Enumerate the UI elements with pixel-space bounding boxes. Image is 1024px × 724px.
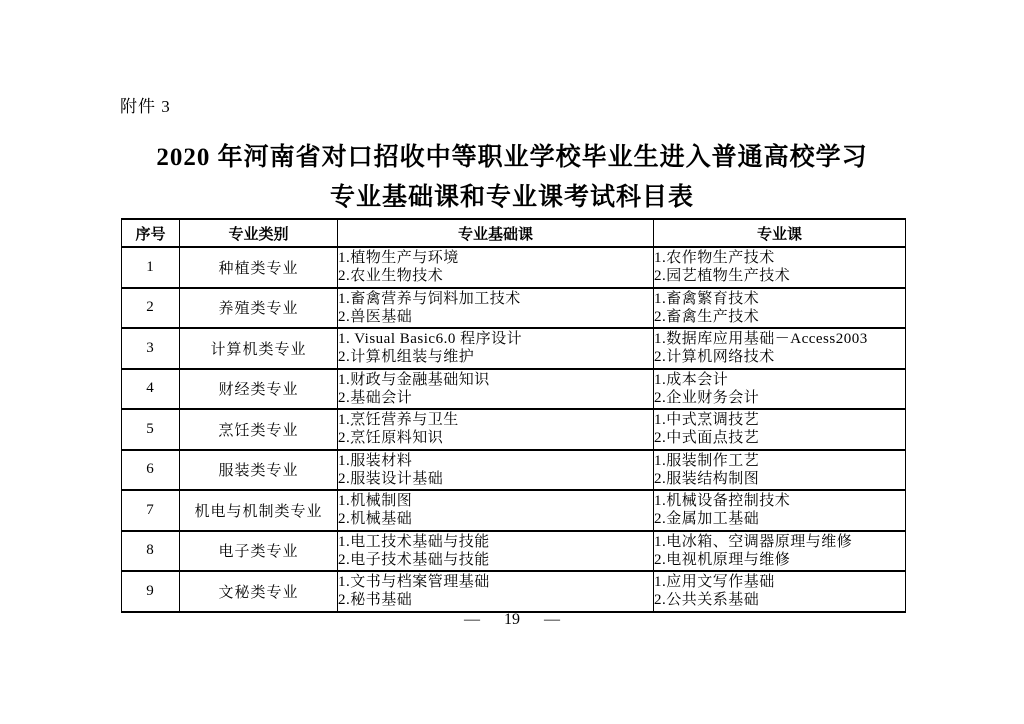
course-line: 2.计算机组装与维护 <box>338 348 653 366</box>
document-title-line1: 2020 年河南省对口招收中等职业学校毕业生进入普通高校学习 <box>0 137 1024 173</box>
header-cell-basic-course: 专业基础课 <box>338 219 654 247</box>
row-number-cell: 9 <box>122 571 180 612</box>
course-line: 2.电子技术基础与技能 <box>338 551 653 569</box>
table-header-row: 序号 专业类别 专业基础课 专业课 <box>122 219 906 247</box>
row-number-cell: 3 <box>122 328 180 369</box>
table-row: 8 电子类专业 1.电工技术基础与技能 2.电子技术基础与技能 1.电冰箱、空调… <box>122 531 906 572</box>
basic-course-cell: 1.畜禽营养与饲料加工技术 2.兽医基础 <box>338 288 654 329</box>
category-cell: 电子类专业 <box>180 531 338 572</box>
row-number-cell: 5 <box>122 409 180 450</box>
basic-course-cell: 1.服装材料 2.服装设计基础 <box>338 450 654 491</box>
course-line: 2.农业生物技术 <box>338 267 653 285</box>
row-number-cell: 7 <box>122 490 180 531</box>
course-line: 1.烹饪营养与卫生 <box>338 411 653 429</box>
major-course-cell: 1.中式烹调技艺 2.中式面点技艺 <box>654 409 906 450</box>
category-cell: 养殖类专业 <box>180 288 338 329</box>
course-line: 1.电工技术基础与技能 <box>338 533 653 551</box>
table-row: 5 烹饪类专业 1.烹饪营养与卫生 2.烹饪原料知识 1.中式烹调技艺 2.中式… <box>122 409 906 450</box>
major-course-cell: 1.应用文写作基础 2.公共关系基础 <box>654 571 906 612</box>
basic-course-cell: 1. Visual Basic6.0 程序设计 2.计算机组装与维护 <box>338 328 654 369</box>
course-line: 1.应用文写作基础 <box>654 573 905 591</box>
major-course-cell: 1.机械设备控制技术 2.金属加工基础 <box>654 490 906 531</box>
major-course-cell: 1.数据库应用基础－Access2003 2.计算机网络技术 <box>654 328 906 369</box>
table-row: 1 种植类专业 1.植物生产与环境 2.农业生物技术 1.农作物生产技术 2.园… <box>122 247 906 288</box>
course-line: 2.计算机网络技术 <box>654 348 905 366</box>
row-number-cell: 8 <box>122 531 180 572</box>
basic-course-cell: 1.电工技术基础与技能 2.电子技术基础与技能 <box>338 531 654 572</box>
table-row: 9 文秘类专业 1.文书与档案管理基础 2.秘书基础 1.应用文写作基础 2.公… <box>122 571 906 612</box>
course-line: 2.服装设计基础 <box>338 470 653 488</box>
course-line: 1.畜禽繁育技术 <box>654 290 905 308</box>
basic-course-cell: 1.文书与档案管理基础 2.秘书基础 <box>338 571 654 612</box>
course-line: 2.兽医基础 <box>338 308 653 326</box>
exam-subjects-table: 序号 专业类别 专业基础课 专业课 1 种植类专业 1.植物生产与环境 2.农业… <box>121 218 906 613</box>
course-line: 2.中式面点技艺 <box>654 429 905 447</box>
major-course-cell: 1.畜禽繁育技术 2.畜禽生产技术 <box>654 288 906 329</box>
course-line: 1.机械制图 <box>338 492 653 510</box>
course-line: 2.电视机原理与维修 <box>654 551 905 569</box>
course-line: 2.企业财务会计 <box>654 389 905 407</box>
page-number: — 19 — <box>0 611 1024 629</box>
course-line: 1.财政与金融基础知识 <box>338 371 653 389</box>
document-title-line2: 专业基础课和专业课考试科目表 <box>0 177 1024 213</box>
course-line: 1.数据库应用基础－Access2003 <box>654 330 905 348</box>
major-course-cell: 1.农作物生产技术 2.园艺植物生产技术 <box>654 247 906 288</box>
course-line: 2.金属加工基础 <box>654 510 905 528</box>
table-row: 4 财经类专业 1.财政与金融基础知识 2.基础会计 1.成本会计 2.企业财务… <box>122 369 906 410</box>
course-line: 2.畜禽生产技术 <box>654 308 905 326</box>
course-line: 2.园艺植物生产技术 <box>654 267 905 285</box>
category-cell: 计算机类专业 <box>180 328 338 369</box>
row-number-cell: 1 <box>122 247 180 288</box>
basic-course-cell: 1.机械制图 2.机械基础 <box>338 490 654 531</box>
course-line: 2.服装结构制图 <box>654 470 905 488</box>
course-line: 1.服装材料 <box>338 452 653 470</box>
row-number-cell: 2 <box>122 288 180 329</box>
basic-course-cell: 1.植物生产与环境 2.农业生物技术 <box>338 247 654 288</box>
course-line: 1.电冰箱、空调器原理与维修 <box>654 533 905 551</box>
table-row: 2 养殖类专业 1.畜禽营养与饲料加工技术 2.兽医基础 1.畜禽繁育技术 2.… <box>122 288 906 329</box>
row-number-cell: 4 <box>122 369 180 410</box>
course-line: 1.植物生产与环境 <box>338 249 653 267</box>
course-line: 2.秘书基础 <box>338 591 653 609</box>
document-page: 附件 3 2020 年河南省对口招收中等职业学校毕业生进入普通高校学习 专业基础… <box>0 0 1024 724</box>
course-line: 1.中式烹调技艺 <box>654 411 905 429</box>
row-number-cell: 6 <box>122 450 180 491</box>
basic-course-cell: 1.烹饪营养与卫生 2.烹饪原料知识 <box>338 409 654 450</box>
attachment-label: 附件 3 <box>120 92 171 117</box>
course-line: 1.畜禽营养与饲料加工技术 <box>338 290 653 308</box>
major-course-cell: 1.电冰箱、空调器原理与维修 2.电视机原理与维修 <box>654 531 906 572</box>
header-cell-category: 专业类别 <box>180 219 338 247</box>
course-line: 1.成本会计 <box>654 371 905 389</box>
table-row: 7 机电与机制类专业 1.机械制图 2.机械基础 1.机械设备控制技术 2.金属… <box>122 490 906 531</box>
category-cell: 机电与机制类专业 <box>180 490 338 531</box>
course-line: 2.烹饪原料知识 <box>338 429 653 447</box>
course-line: 2.公共关系基础 <box>654 591 905 609</box>
course-line: 1.文书与档案管理基础 <box>338 573 653 591</box>
basic-course-cell: 1.财政与金融基础知识 2.基础会计 <box>338 369 654 410</box>
course-line: 2.基础会计 <box>338 389 653 407</box>
category-cell: 烹饪类专业 <box>180 409 338 450</box>
course-line: 1. Visual Basic6.0 程序设计 <box>338 330 653 348</box>
major-course-cell: 1.服装制作工艺 2.服装结构制图 <box>654 450 906 491</box>
header-cell-number: 序号 <box>122 219 180 247</box>
major-course-cell: 1.成本会计 2.企业财务会计 <box>654 369 906 410</box>
category-cell: 种植类专业 <box>180 247 338 288</box>
table-row: 3 计算机类专业 1. Visual Basic6.0 程序设计 2.计算机组装… <box>122 328 906 369</box>
header-cell-major-course: 专业课 <box>654 219 906 247</box>
course-line: 1.机械设备控制技术 <box>654 492 905 510</box>
category-cell: 文秘类专业 <box>180 571 338 612</box>
table-row: 6 服装类专业 1.服装材料 2.服装设计基础 1.服装制作工艺 2.服装结构制… <box>122 450 906 491</box>
category-cell: 财经类专业 <box>180 369 338 410</box>
course-line: 1.服装制作工艺 <box>654 452 905 470</box>
course-line: 2.机械基础 <box>338 510 653 528</box>
course-line: 1.农作物生产技术 <box>654 249 905 267</box>
category-cell: 服装类专业 <box>180 450 338 491</box>
